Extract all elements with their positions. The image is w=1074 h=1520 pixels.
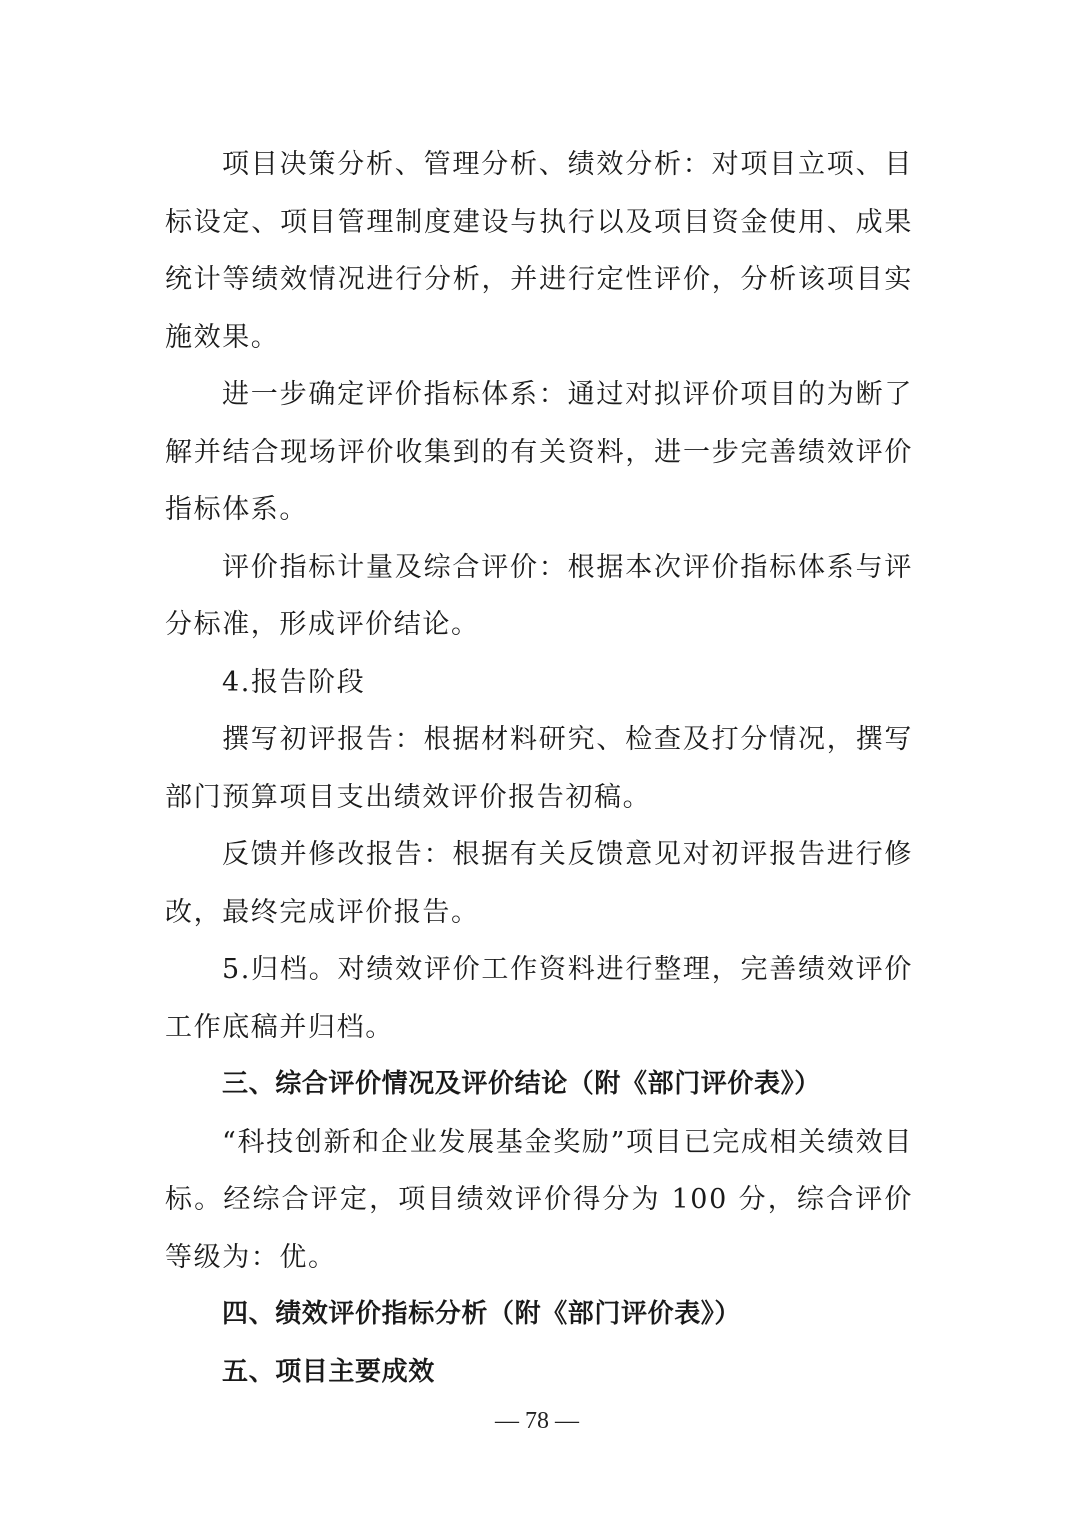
paragraph-conclusion: “科技创新和企业发展基金奖励”项目已完成相关绩效目标。经综合评定，项目绩效评价得… [165, 1114, 913, 1287]
section-heading-3: 三、综合评价情况及评价结论（附《部门评价表》） [165, 1056, 913, 1114]
paragraph-archive: 5.归档。对绩效评价工作资料进行整理，完善绩效评价工作底稿并归档。 [165, 941, 913, 1056]
section-heading-4: 四、绩效评价指标分析（附《部门评价表》） [165, 1286, 913, 1344]
paragraph-analysis: 项目决策分析、管理分析、绩效分析：对项目立项、目标设定、项目管理制度建设与执行以… [165, 136, 913, 366]
paragraph-comprehensive-evaluation: 评价指标计量及综合评价：根据本次评价指标体系与评分标准，形成评价结论。 [165, 539, 913, 654]
paragraph-draft-report: 撰写初评报告：根据材料研究、检查及打分情况，撰写部门预算项目支出绩效评价报告初稿… [165, 711, 913, 826]
paragraph-revise-report: 反馈并修改报告：根据有关反馈意见对初评报告进行修改，最终完成评价报告。 [165, 826, 913, 941]
section-heading-5: 五、项目主要成效 [165, 1344, 913, 1402]
page-number: — 78 — [0, 1408, 1074, 1435]
paragraph-report-stage: 4.报告阶段 [165, 654, 913, 712]
paragraph-indicator-system: 进一步确定评价指标体系：通过对拟评价项目的为断了解并结合现场评价收集到的有关资料… [165, 366, 913, 539]
document-page: 项目决策分析、管理分析、绩效分析：对项目立项、目标设定、项目管理制度建设与执行以… [165, 136, 913, 1401]
